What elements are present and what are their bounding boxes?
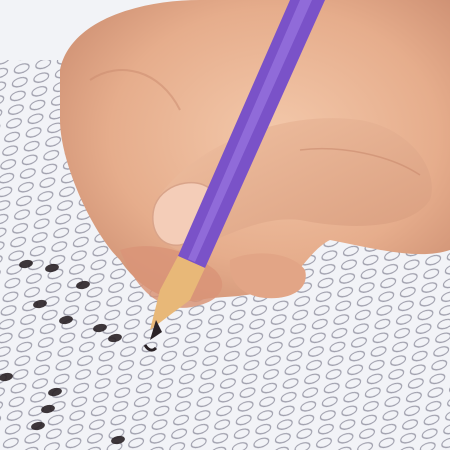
photo-scene	[0, 0, 450, 450]
answer-sheet	[0, 0, 450, 450]
